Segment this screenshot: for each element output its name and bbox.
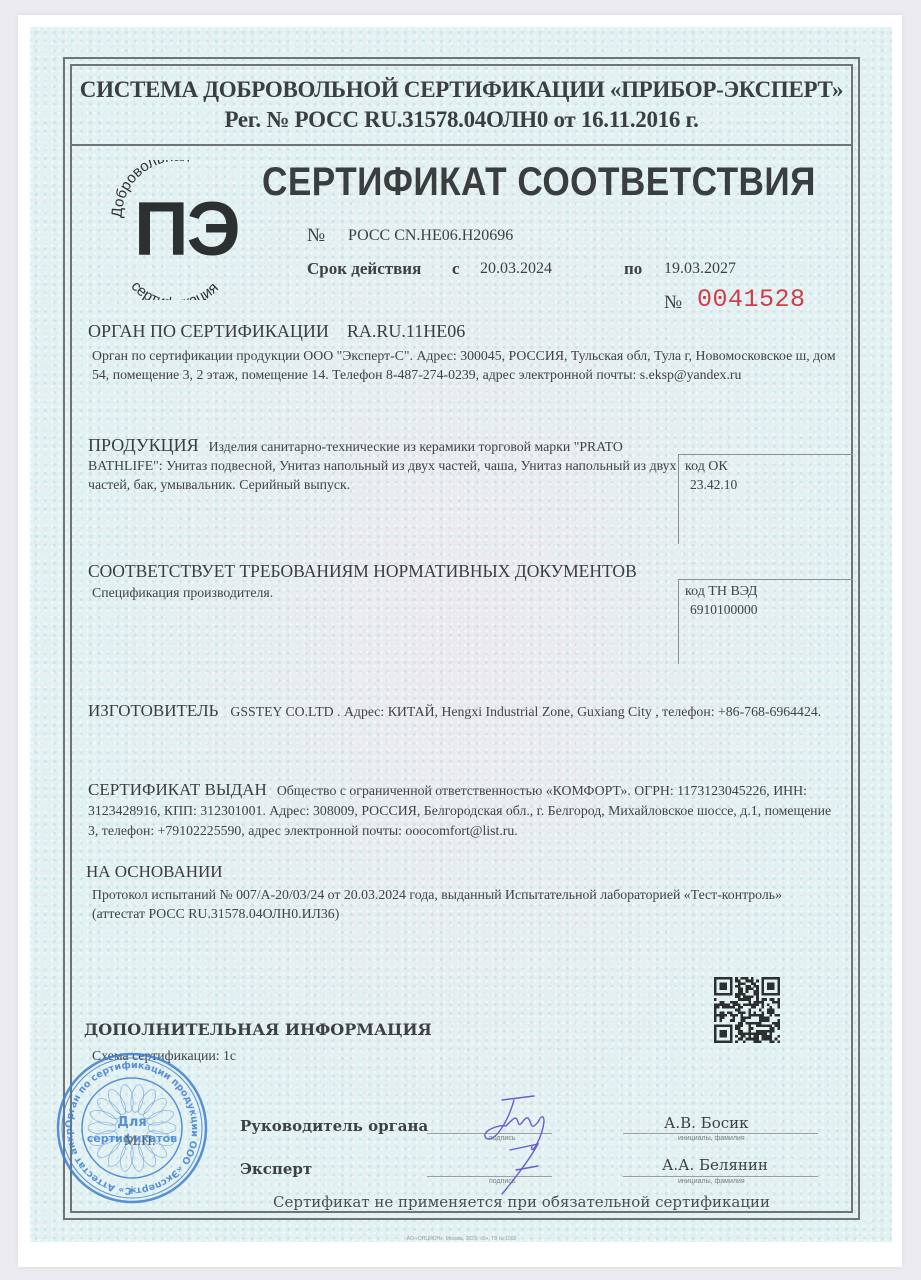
certification-body-code: RA.RU.11HE06 — [347, 321, 465, 341]
basis-heading: НА ОСНОВАНИИ — [86, 862, 223, 882]
number-label: № — [307, 225, 325, 247]
certification-body-text: Орган по сертификации продукции ООО "Экс… — [92, 346, 838, 384]
okpd-code-box: код ОК 23.42.10 — [678, 454, 853, 544]
product-heading: ПРОДУКЦИЯ — [88, 435, 199, 455]
system-registration: Рег. № РОСС RU.31578.04ОЛН0 от 16.11.201… — [70, 106, 853, 134]
valid-to-label: по — [624, 259, 642, 279]
manufacturer-heading: ИЗГОТОВИТЕЛЬ — [88, 701, 218, 720]
expert-name-line — [623, 1176, 818, 1177]
product-section: ПРОДУКЦИЯ Изделия санитарно-технические … — [88, 436, 688, 494]
tnved-code-label: код ТН ВЭД — [685, 584, 757, 599]
svg-text:сертификация: сертификация — [128, 278, 222, 300]
certification-body-heading: ОРГАН ПО СЕРТИФИКАЦИИ — [88, 321, 329, 341]
manufacturer-section: ИЗГОТОВИТЕЛЬ GSSTEY CO.LTD . Адрес: КИТА… — [88, 700, 833, 722]
head-of-body-label: Руководитель органа — [240, 1117, 428, 1135]
valid-from-label: с — [452, 259, 460, 279]
seal-stamp: Орган по сертификации продукции ООО «Экс… — [56, 1052, 208, 1204]
head-name-line — [623, 1133, 818, 1134]
certification-body-section: ОРГАН ПО СЕРТИФИКАЦИИ RA.RU.11HE06 — [88, 321, 465, 342]
tnved-code-box: код ТН ВЭД 6910100000 — [678, 579, 853, 664]
validity-label: Срок действия — [307, 259, 421, 279]
svg-text:Для: Для — [117, 1115, 146, 1130]
expert-name: А.А. Белянин — [662, 1156, 768, 1174]
compliance-text: Спецификация производителя. — [92, 583, 273, 602]
header-divider — [70, 144, 853, 146]
handwritten-signature — [472, 1092, 562, 1202]
system-name: СИСТЕМА ДОБРОВОЛЬНОЙ СЕРТИФИКАЦИИ «ПРИБО… — [70, 76, 853, 104]
issued-to-section: СЕРТИФИКАТ ВЫДАН Общество с ограниченной… — [88, 780, 833, 841]
valid-to-date: 19.03.2027 — [664, 260, 736, 278]
basis-text: Протокол испытаний № 007/А-20/03/24 от 2… — [92, 885, 792, 923]
certificate-number: РОСС CN.HE06.H20696 — [348, 227, 513, 245]
expert-label: Эксперт — [240, 1160, 312, 1178]
expert-name-caption: инициалы, фамилия — [678, 1178, 745, 1185]
additional-info-heading: ДОПОЛНИТЕЛЬНАЯ ИНФОРМАЦИЯ — [84, 1020, 432, 1039]
footer-note: Сертификат не применяется при обязательн… — [70, 1193, 853, 1211]
head-name-caption: инициалы, фамилия — [678, 1135, 745, 1142]
certificate-title: СЕРТИФИКАТ СООТВЕТСТВИЯ — [262, 160, 816, 205]
tnved-code-value: 6910100000 — [690, 602, 853, 618]
pe-logo: Добровольная сертификация ПЭ — [108, 160, 248, 300]
blank-serial-number: 0041528 — [697, 285, 806, 314]
valid-from-date: 20.03.2024 — [480, 260, 552, 278]
logo-letters: ПЭ — [134, 190, 239, 270]
mp-label: М.П. — [124, 1133, 156, 1150]
blank-number-label: № — [664, 292, 682, 314]
manufacturer-text: GSSTEY CO.LTD . Адрес: КИТАЙ, Hengxi Ind… — [230, 704, 821, 719]
issued-to-heading: СЕРТИФИКАТ ВЫДАН — [88, 780, 267, 799]
qr-code — [714, 977, 780, 1043]
compliance-heading: СООТВЕТСТВУЕТ ТРЕБОВАНИЯМ НОРМАТИВНЫХ ДО… — [88, 561, 637, 582]
okpd-code-value: 23.42.10 — [690, 477, 853, 493]
okpd-code-label: код ОК — [685, 459, 728, 474]
head-name: А.В. Босик — [664, 1114, 749, 1132]
printer-imprint: АО «ОПЦИОН», Москва, 2023, «Б», ТЗ № 100… — [70, 1236, 853, 1242]
